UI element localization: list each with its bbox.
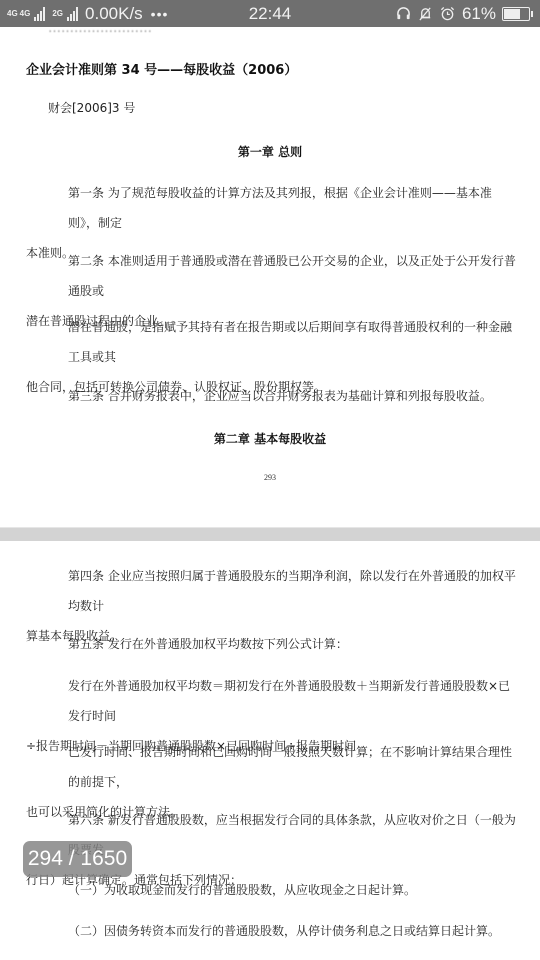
- paragraph-line: 第三条 合并财务报表中，企业应当以合并财务报表为基础计算和列报每股收益。: [26, 381, 516, 411]
- document-page-293[interactable]: …………………… 企业会计准则第 34 号——每股收益（2006） 财会[200…: [0, 27, 540, 529]
- status-bar-left: 4G 4G 2G 0.00K/s •••: [0, 4, 168, 24]
- paragraph-line: 潜在普通股，是指赋予其持有者在报告期或以后期间享有取得普通股权利的一种金融工具或…: [26, 312, 516, 372]
- headset-icon: [396, 6, 412, 22]
- network-label-3: 2G: [52, 10, 63, 18]
- chapter-heading-2: 第二章 基本每股收益: [0, 430, 540, 447]
- document-page-294[interactable]: 第四条 企业应当按照归属于普通股股东的当期净利润，除以发行在外普通股的加权平均数…: [0, 541, 540, 960]
- battery-level-fill: [504, 9, 520, 19]
- paragraph-line: 已发行时间、报告期时间和已回购时间一般按照天数计算；在不影响计算结果合理性的前提…: [26, 737, 516, 797]
- status-bar-right: 61%: [396, 4, 540, 24]
- list-item: （二）因债务转资本而发行的普通股股数，从停计债务利息之日或结算日起计算。: [26, 916, 516, 946]
- paragraph-line: （一）为收取现金而发行的普通股股数，从应收现金之日起计算。: [26, 875, 516, 905]
- paragraph-line: 第一条 为了规范每股收益的计算方法及其列报，根据《企业会计准则——基本准则》，制…: [26, 178, 516, 238]
- paragraph: 第五条 发行在外普通股加权平均数按下列公式计算：: [26, 629, 516, 659]
- network-label-2: 4G: [20, 10, 31, 18]
- list-item: （一）为收取现金而发行的普通股股数，从应收现金之日起计算。: [26, 875, 516, 905]
- more-notifications-icon: •••: [151, 6, 169, 22]
- paragraph-line: 第二条 本准则适用于普通股或潜在普通股已公开交易的企业，以及正处于公开发行普通股…: [26, 246, 516, 306]
- page-number: 293: [0, 473, 540, 482]
- alarm-clock-icon: [440, 6, 456, 22]
- network-type-icon-2: 4G: [20, 10, 31, 18]
- signal-strength-icon: [34, 7, 45, 21]
- document-title: 企业会计准则第 34 号——每股收益（2006）: [26, 59, 297, 78]
- document-number: 财会[2006]3 号: [48, 99, 135, 116]
- chapter-heading-1: 第一章 总则: [0, 143, 540, 160]
- signal-strength-icon-2: [67, 7, 78, 21]
- paragraph-line: 发行在外普通股加权平均数＝期初发行在外普通股股数＋当期新发行普通股股数×已发行时…: [26, 671, 516, 731]
- battery-icon: [502, 7, 530, 21]
- network-speed: 0.00K/s: [85, 4, 143, 24]
- status-bar: 4G 4G 2G 0.00K/s ••• 22:44 61%: [0, 0, 540, 27]
- page-indicator: 294 / 1650: [23, 841, 132, 877]
- page-separator: [0, 527, 540, 541]
- paragraph: 第三条 合并财务报表中，企业应当以合并财务报表为基础计算和列报每股收益。: [26, 381, 516, 411]
- paragraph-line: （二）因债务转资本而发行的普通股股数，从停计债务利息之日或结算日起计算。: [26, 916, 516, 946]
- paragraph-line: 第四条 企业应当按照归属于普通股股东的当期净利润，除以发行在外普通股的加权平均数…: [26, 561, 516, 621]
- paragraph-line: 第五条 发行在外普通股加权平均数按下列公式计算：: [26, 629, 516, 659]
- battery-percent: 61%: [462, 4, 496, 24]
- network-type-icon: 4G: [7, 10, 18, 18]
- network-type-icon-3: 2G: [52, 10, 63, 18]
- mute-bell-icon: [418, 6, 434, 22]
- network-label-1: 4G: [7, 10, 18, 18]
